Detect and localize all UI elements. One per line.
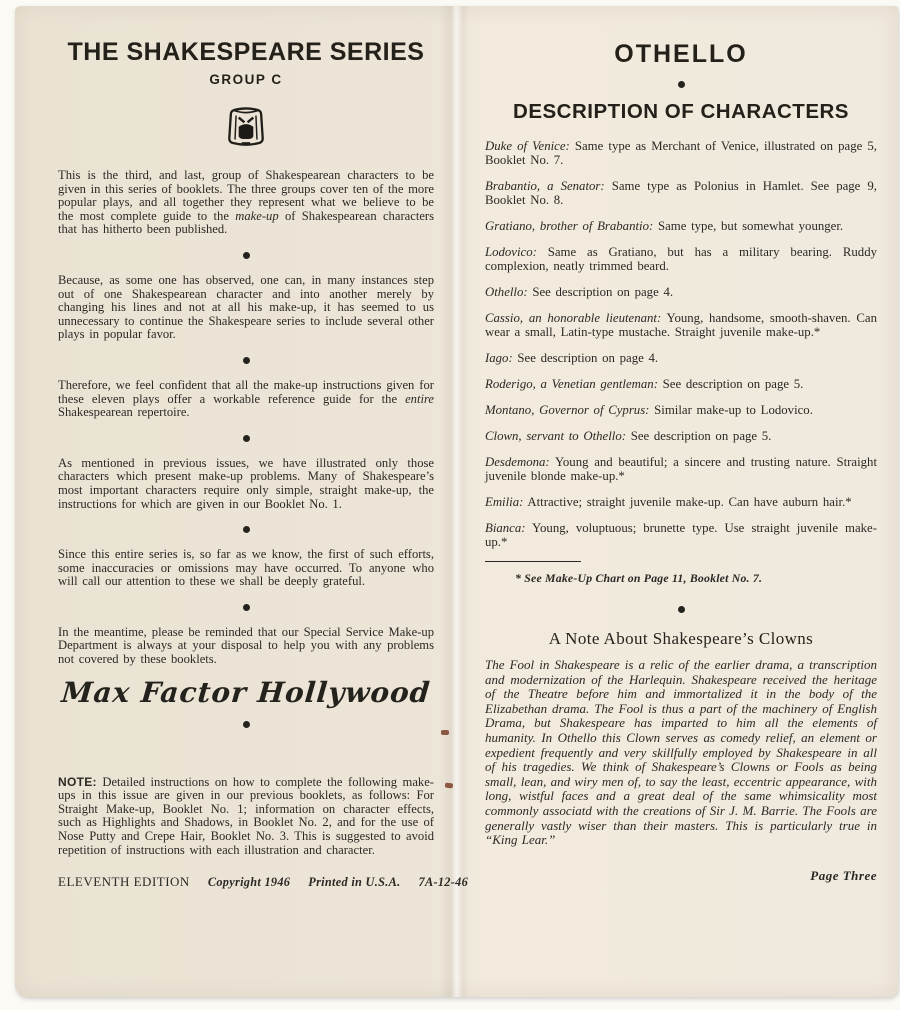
character-name: Lodovico: xyxy=(485,245,537,259)
character-name: Roderigo, a Venetian gentleman: xyxy=(485,377,658,391)
left-paragraphs: This is the third, and last, group of Sh… xyxy=(58,169,434,667)
character-description: Same type, but somewhat younger. xyxy=(653,219,843,233)
edition-label: ELEVENTH EDITION xyxy=(58,874,190,890)
divider-dot xyxy=(678,606,685,613)
character-entry: Desdemona: Young and beautiful; a sincer… xyxy=(485,455,877,483)
character-description: See description on page 4. xyxy=(528,285,673,299)
left-page: THE SHAKESPEARE SERIES GROUP C This is t… xyxy=(58,6,434,890)
note-paragraph: NOTE: Detailed instructions on how to co… xyxy=(58,776,434,858)
series-title: THE SHAKESPEARE SERIES xyxy=(58,38,434,67)
paragraph-text: Therefore, we feel confident that all th… xyxy=(58,378,434,406)
character-entry: Duke of Venice: Same type as Merchant of… xyxy=(485,139,877,167)
page-number: Page Three xyxy=(485,868,877,884)
paragraph: Since this entire series is, so far as w… xyxy=(58,548,434,589)
characters-heading: DESCRIPTION OF CHARACTERS xyxy=(485,100,877,124)
divider-dot xyxy=(243,721,250,728)
character-entry: Iago: See description on page 4. xyxy=(485,351,877,365)
staple-mark xyxy=(445,782,454,788)
character-name: Othello: xyxy=(485,285,528,299)
paragraph: In the meantime, please be reminded that… xyxy=(58,626,434,667)
footnote-rule xyxy=(485,561,581,562)
tragedy-mask-icon xyxy=(58,102,434,154)
character-name: Brabantio, a Senator: xyxy=(485,179,605,193)
divider-dot xyxy=(243,357,250,364)
center-fold-crease xyxy=(439,6,469,997)
character-entry: Montano, Governor of Cyprus: Similar mak… xyxy=(485,403,877,417)
character-name: Cassio, an honorable lieutenant: xyxy=(485,311,661,325)
divider-dot xyxy=(243,252,250,259)
print-code: 7A-12-46 xyxy=(419,875,469,890)
clowns-note-paragraph: The Fool in Shakespeare is a relic of th… xyxy=(485,658,877,848)
character-description: Young, voluptuous; brunette type. Use st… xyxy=(485,521,877,549)
paragraph: This is the third, and last, group of Sh… xyxy=(58,169,434,237)
character-name: Desdemona: xyxy=(485,455,550,469)
character-entry: Emilia: Attractive; straight juvenile ma… xyxy=(485,495,877,509)
note-text: Detailed instructions on how to complete… xyxy=(58,775,434,857)
paragraph-text: Since this entire series is, so far as w… xyxy=(58,547,434,588)
max-factor-signature: Max Factor Hollywood xyxy=(57,676,436,709)
character-name: Iago: xyxy=(485,351,513,365)
footnote: * See Make-Up Chart on Page 11, Booklet … xyxy=(515,571,877,586)
paragraph-text: Shakespearean repertoire. xyxy=(58,405,190,419)
paragraph-text: Because, as some one has observed, one c… xyxy=(58,273,434,341)
paragraph: As mentioned in previous issues, we have… xyxy=(58,457,434,511)
character-entry: Brabantio, a Senator: Same type as Polon… xyxy=(485,179,877,207)
character-description: Same as Gratiano, but has a military bea… xyxy=(485,245,877,273)
character-entry: Gratiano, brother of Brabantio: Same typ… xyxy=(485,219,877,233)
right-page: OTHELLO DESCRIPTION OF CHARACTERS Duke o… xyxy=(485,6,877,884)
booklet-paper: THE SHAKESPEARE SERIES GROUP C This is t… xyxy=(15,6,898,997)
character-name: Emilia: xyxy=(485,495,523,509)
scanned-booklet-spread: THE SHAKESPEARE SERIES GROUP C This is t… xyxy=(0,0,900,1010)
character-description: See description on page 4. xyxy=(513,351,658,365)
character-name: Bianca: xyxy=(485,521,526,535)
character-description: Similar make-up to Lodovico. xyxy=(649,403,812,417)
divider-dot xyxy=(243,604,250,611)
character-entry: Cassio, an honorable lieutenant: Young, … xyxy=(485,311,877,339)
paragraph: Because, as some one has observed, one c… xyxy=(58,274,434,342)
note-label: NOTE: xyxy=(58,775,97,789)
paragraph-text: In the meantime, please be reminded that… xyxy=(58,625,434,666)
character-name: Montano, Governor of Cyprus: xyxy=(485,403,649,417)
character-description: See description on page 5. xyxy=(626,429,771,443)
clowns-note-heading: A Note About Shakespeare’s Clowns xyxy=(485,629,877,649)
paragraph: Therefore, we feel confident that all th… xyxy=(58,379,434,420)
divider-dot xyxy=(678,81,685,88)
edition-footer: ELEVENTH EDITION Copyright 1946 Printed … xyxy=(58,874,434,890)
character-entry: Othello: See description on page 4. xyxy=(485,285,877,299)
character-entry: Lodovico: Same as Gratiano, but has a mi… xyxy=(485,245,877,273)
character-description: Attractive; straight juvenile make-up. C… xyxy=(523,495,851,509)
character-name: Duke of Venice: xyxy=(485,139,570,153)
character-list: Duke of Venice: Same type as Merchant of… xyxy=(485,139,877,549)
character-entry: Bianca: Young, voluptuous; brunette type… xyxy=(485,521,877,549)
staple-mark xyxy=(441,730,449,735)
divider-dot xyxy=(243,435,250,442)
emphasized-text: make-up xyxy=(235,209,278,223)
character-entry: Roderigo, a Venetian gentleman: See desc… xyxy=(485,377,877,391)
paragraph-text: As mentioned in previous issues, we have… xyxy=(58,456,434,511)
character-name: Clown, servant to Othello: xyxy=(485,429,626,443)
divider-dot xyxy=(243,526,250,533)
copyright-label: Copyright 1946 xyxy=(208,875,290,890)
character-entry: Clown, servant to Othello: See descripti… xyxy=(485,429,877,443)
character-description: See description on page 5. xyxy=(658,377,803,391)
printed-label: Printed in U.S.A. xyxy=(308,875,400,890)
character-name: Gratiano, brother of Brabantio: xyxy=(485,219,653,233)
series-subtitle: GROUP C xyxy=(58,72,434,87)
emphasized-text: entire xyxy=(405,392,434,406)
play-title: OTHELLO xyxy=(485,40,877,69)
